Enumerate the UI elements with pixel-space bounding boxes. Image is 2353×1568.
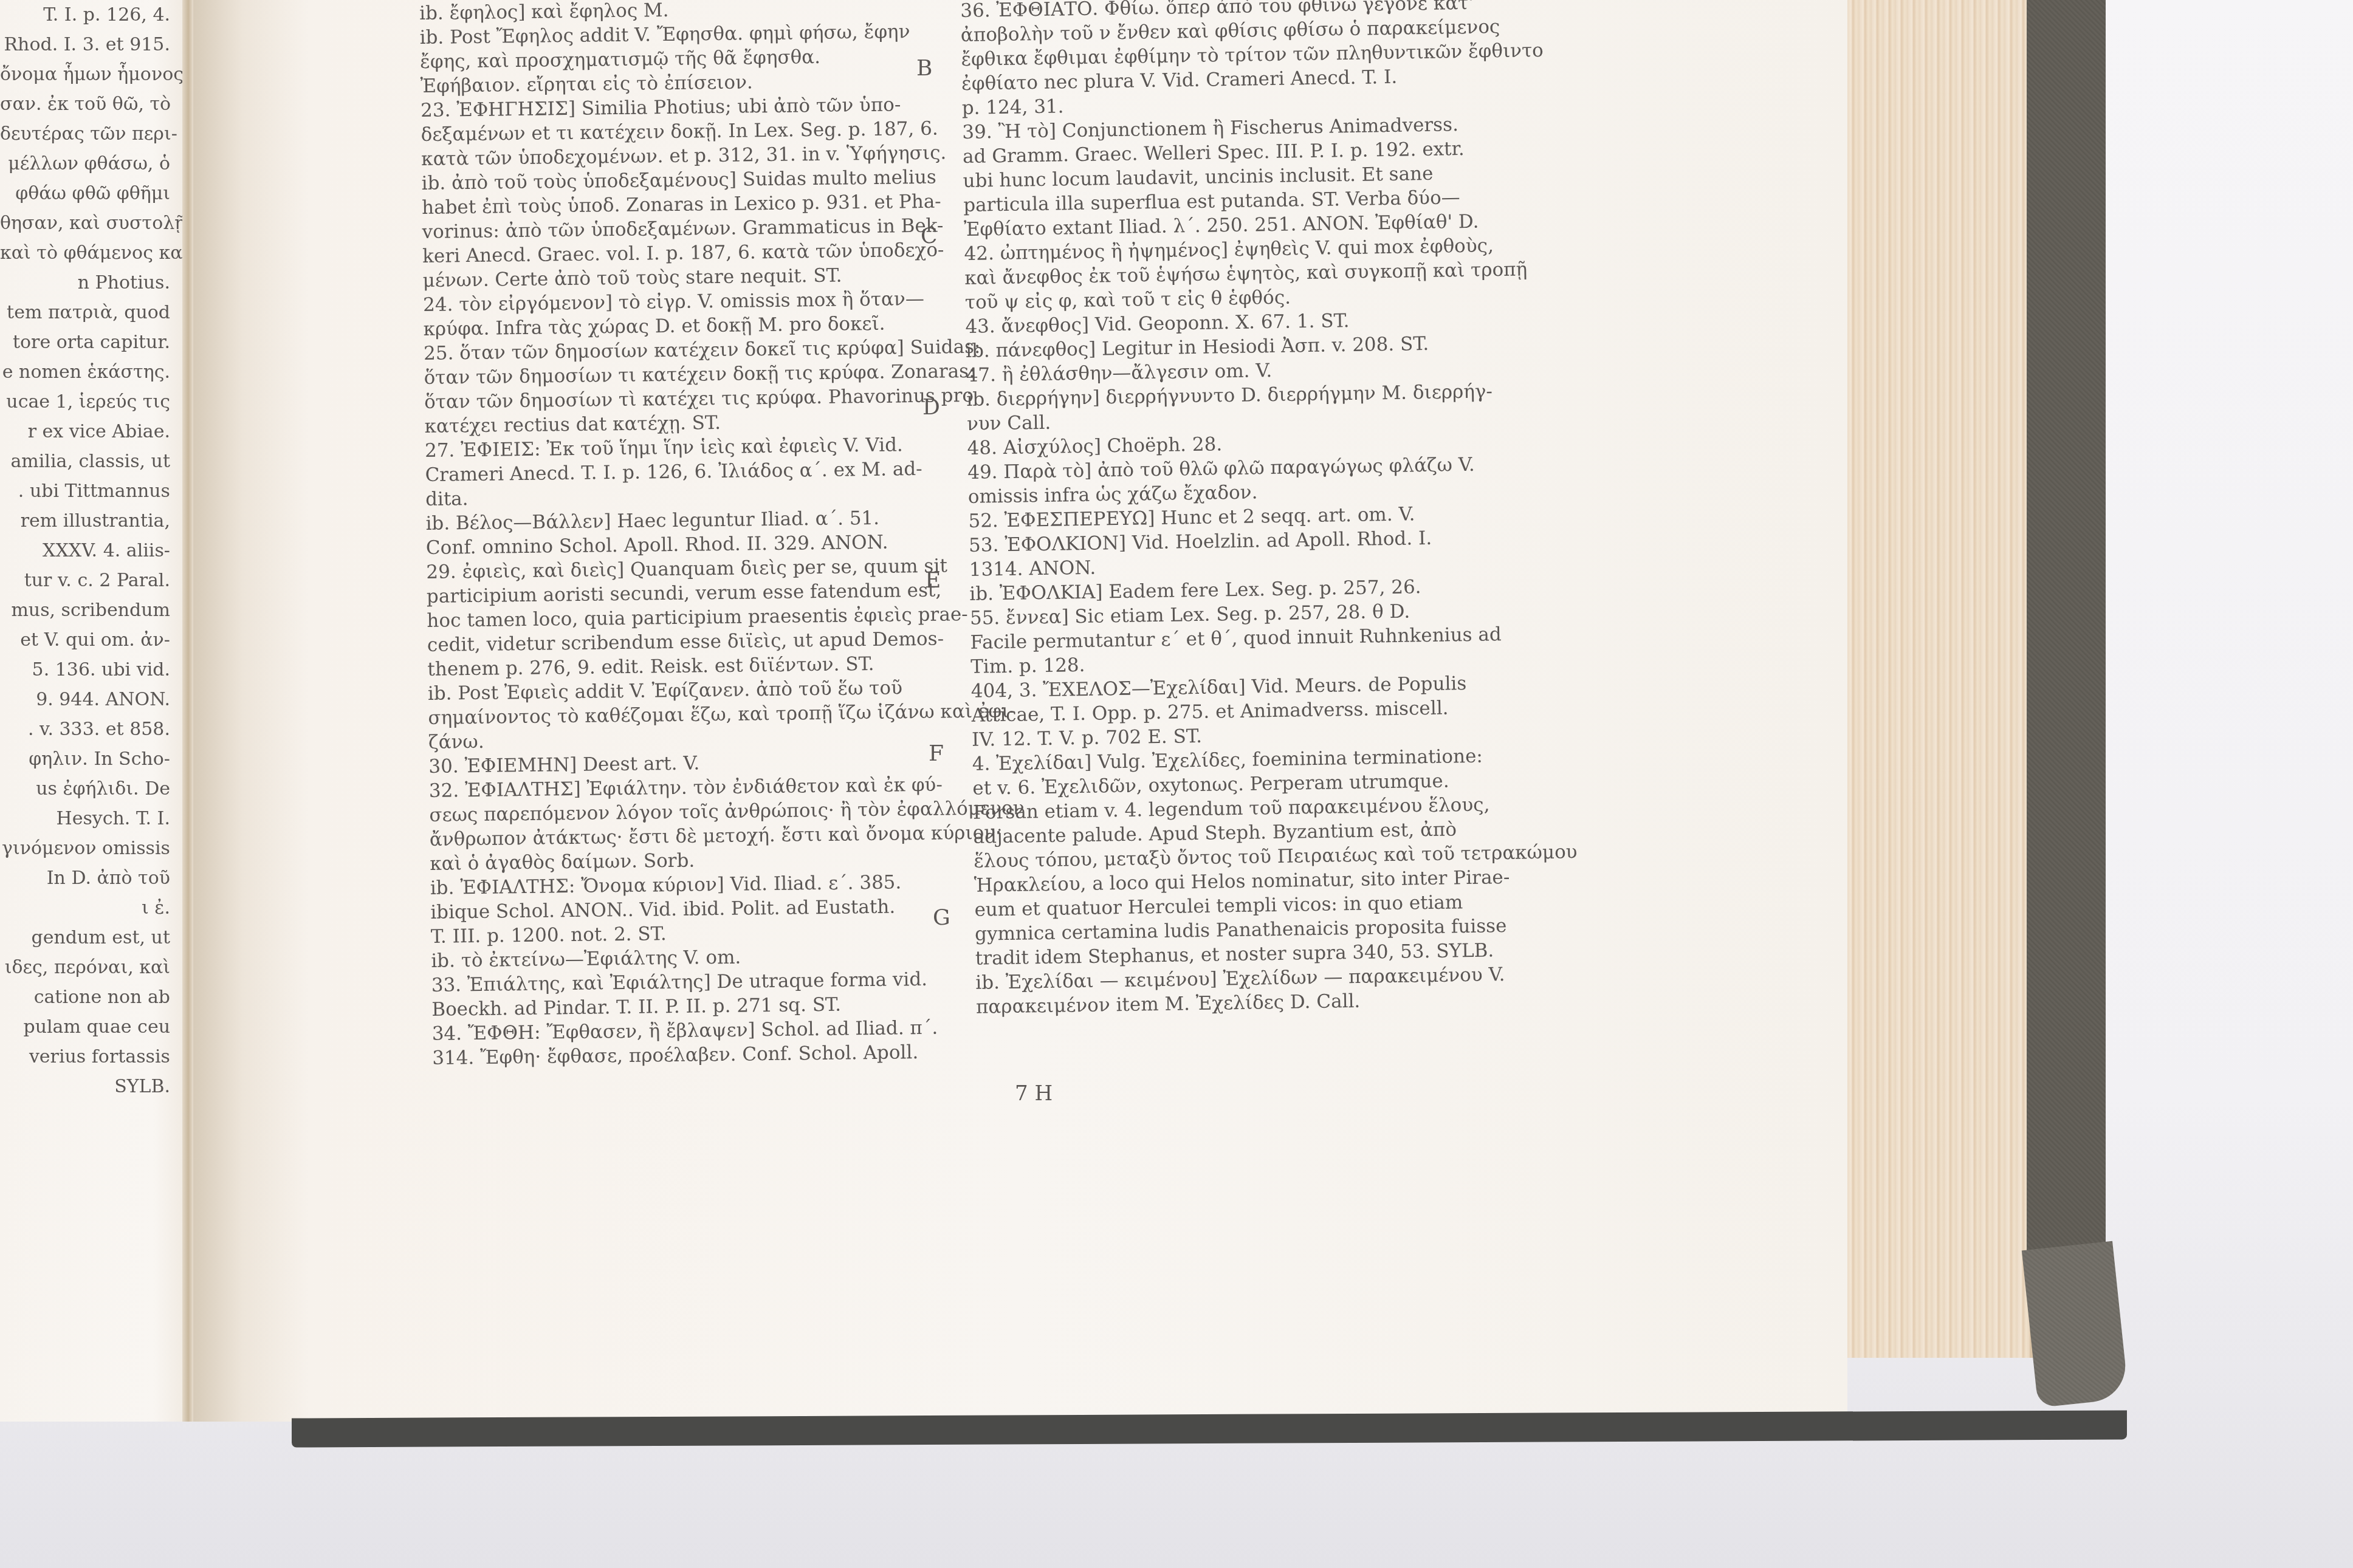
text-line: et V. qui om. ἀν- — [0, 625, 182, 655]
text-line: φθάω φθῶ φθῆμι — [0, 179, 182, 208]
worn-cover-corner — [2022, 1241, 2129, 1408]
text-line: tore orta capitur. — [0, 327, 182, 357]
middle-column-text: ib. ἔφηλος] καὶ ἔφηλος M.ib. Post Ἔφηλος… — [419, 0, 943, 1070]
right-column-text: 36. ἘΦΘΙΑΤΟ. Φθίω. ὅπερ ἀπὸ τοῦ φθίνω γέ… — [960, 0, 1499, 1019]
text-line: φηλιν. In Scho- — [0, 744, 182, 774]
text-line: rem illustrantia, — [0, 506, 182, 536]
text-line: T. I. p. 126, 4. — [0, 0, 182, 30]
margin-letter: E — [925, 568, 941, 593]
text-line: mus, scribendum — [0, 595, 182, 625]
text-line: δευτέρας τῶν περι- — [0, 119, 182, 149]
text-line: tur v. c. 2 Paral. — [0, 566, 182, 595]
text-line: verius fortassis — [0, 1042, 182, 1072]
text-line: r ex vice Abiae. — [0, 417, 182, 447]
margin-letter: D — [922, 395, 940, 420]
text-line: gendum est, ut — [0, 923, 182, 953]
text-line: θησαν, καὶ συστολῇ — [0, 208, 182, 238]
text-line: XXXV. 4. aliis- — [0, 536, 182, 566]
text-line: μέλλων φθάσω, ὁ — [0, 149, 182, 179]
text-line: In D. ἀπὸ τοῦ — [0, 863, 182, 893]
text-line: tem πατριὰ, quod — [0, 298, 182, 327]
text-line: n Photius. — [0, 268, 182, 298]
text-line: Hesych. T. I. — [0, 804, 182, 834]
text-line: 9. 944. ANON. — [0, 685, 182, 714]
text-line: Rhod. I. 3. et 915. — [0, 30, 182, 60]
signature-mark: 7 H — [1015, 1081, 1053, 1106]
text-line: catione non ab — [0, 982, 182, 1012]
text-line: σαν. ἐκ τοῦ θῶ, τὸ — [0, 89, 182, 119]
text-line: ucae 1, ἱερεύς τις — [0, 387, 182, 417]
page-block-edges — [1847, 0, 2033, 1358]
margin-letter: F — [929, 741, 944, 766]
text-line: amilia, classis, ut — [0, 447, 182, 476]
text-line: us ἐφήλιδι. De — [0, 774, 182, 804]
text-line: e nomen ἑκάστης. — [0, 357, 182, 387]
cloth-cover-edge — [2027, 0, 2106, 1276]
margin-letter: C — [921, 224, 938, 248]
margin-letter: B — [916, 56, 932, 81]
left-page-text: T. I. p. 126, 4.Rhod. I. 3. et 915.ὄνομα… — [0, 0, 182, 1101]
text-line: ιδες, περόναι, καὶ — [0, 953, 182, 982]
text-line: ι ἐ. — [0, 893, 182, 923]
text-line: ὄνομα ἧμων ἧμονος — [0, 60, 182, 89]
book-gutter — [182, 0, 194, 1422]
text-line: SYLB. — [0, 1072, 182, 1101]
text-line: . v. 333. et 858. — [0, 714, 182, 744]
text-line: γινόμενον omissis — [0, 834, 182, 863]
text-line: pulam quae ceu — [0, 1012, 182, 1042]
text-line: καὶ τὸ φθάμενος καὶ — [0, 238, 182, 268]
text-line: . ubi Tittmannus — [0, 476, 182, 506]
margin-letter: G — [933, 905, 950, 930]
text-line: 5. 136. ubi vid. — [0, 655, 182, 685]
